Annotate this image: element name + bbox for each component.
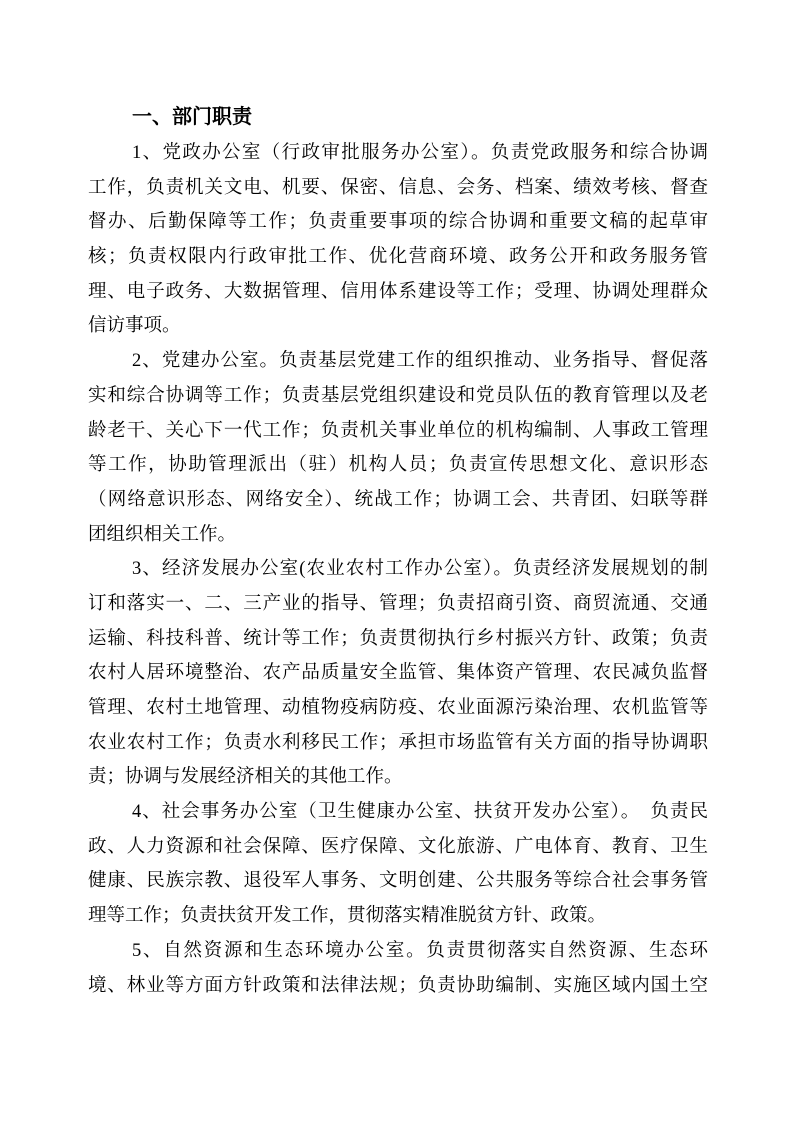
text-line: 农村人居环境整治、农产品质量安全监管、集体资产管理、农民减负监督 [88, 656, 708, 691]
text-line: 境、林业等方面方针政策和法律法规；负责协助编制、实施区域内国土空 [88, 969, 708, 1004]
section-heading: 一、部门职责 [88, 99, 708, 136]
text-line: 工作，负责机关文电、机要、保密、信息、会务、档案、绩效考核、督查 [88, 171, 708, 206]
text-line: 实和综合协调等工作；负责基层党组织建设和党员队伍的教育管理以及老 [88, 379, 708, 414]
text-line: 健康、民族宗教、退役军人事务、文明创建、公共服务等综合社会事务管 [88, 864, 708, 899]
text-line: 理、电子政务、大数据管理、信用体系建设等工作；受理、协调处理群众 [88, 275, 708, 310]
text-line: 核；负责权限内行政审批工作、优化营商环境、政务公开和政务服务管 [88, 240, 708, 275]
text-line: 运输、科技科普、统计等工作；负责贯彻执行乡村振兴方针、政策；负责 [88, 622, 708, 657]
paragraph-3: 3、经济发展办公室(农业农村工作办公室）。负责经济发展规划的制 订和落实一、二、… [88, 552, 708, 795]
text-line: 责；协调与发展经济相关的其他工作。 [88, 760, 708, 795]
paragraph-2: 2、党建办公室。负责基层党建工作的组织推动、业务指导、督促落 实和综合协调等工作… [88, 344, 708, 552]
text-line: 订和落实一、二、三产业的指导、管理；负责招商引资、商贸流通、交通 [88, 587, 708, 622]
text-line: 2、党建办公室。负责基层党建工作的组织推动、业务指导、督促落 [88, 344, 708, 379]
text-line: 4、社会事务办公室（卫生健康办公室、扶贫开发办公室）。 负责民 [88, 795, 708, 830]
text-line: 督办、后勤保障等工作；负责重要事项的综合协调和重要文稿的起草审 [88, 205, 708, 240]
document-page: 一、部门职责 1、党政办公室（行政审批服务办公室）。负责党政服务和综合协调 工作… [0, 0, 793, 1122]
text-line: 政、人力资源和社会保障、医疗保障、文化旅游、广电体育、教育、卫生 [88, 830, 708, 865]
text-line: 3、经济发展办公室(农业农村工作办公室）。负责经济发展规划的制 [88, 552, 708, 587]
text-line: 信访事项。 [88, 309, 708, 344]
text-line: 团组织相关工作。 [88, 518, 708, 553]
text-line: 管理、农村土地管理、动植物疫病防疫、农业面源污染治理、农机监管等 [88, 691, 708, 726]
document-body: 一、部门职责 1、党政办公室（行政审批服务办公室）。负责党政服务和综合协调 工作… [88, 99, 708, 1003]
text-line: 1、党政办公室（行政审批服务办公室）。负责党政服务和综合协调 [88, 136, 708, 171]
text-line: （网络意识形态、网络安全）、统战工作；协调工会、共青团、妇联等群 [88, 483, 708, 518]
text-line: 5、自然资源和生态环境办公室。负责贯彻落实自然资源、生态环 [88, 934, 708, 969]
paragraph-4: 4、社会事务办公室（卫生健康办公室、扶贫开发办公室）。 负责民 政、人力资源和社… [88, 795, 708, 934]
paragraph-1: 1、党政办公室（行政审批服务办公室）。负责党政服务和综合协调 工作，负责机关文电… [88, 136, 708, 344]
text-line: 农业农村工作；负责水利移民工作；承担市场监管有关方面的指导协调职 [88, 726, 708, 761]
text-line: 龄老干、关心下一代工作；负责机关事业单位的机构编制、人事政工管理 [88, 414, 708, 449]
text-line: 理等工作；负责扶贫开发工作，贯彻落实精准脱贫方针、政策。 [88, 899, 708, 934]
paragraph-5: 5、自然资源和生态环境办公室。负责贯彻落实自然资源、生态环 境、林业等方面方针政… [88, 934, 708, 1003]
text-line: 等工作，协助管理派出（驻）机构人员；负责宣传思想文化、意识形态 [88, 448, 708, 483]
